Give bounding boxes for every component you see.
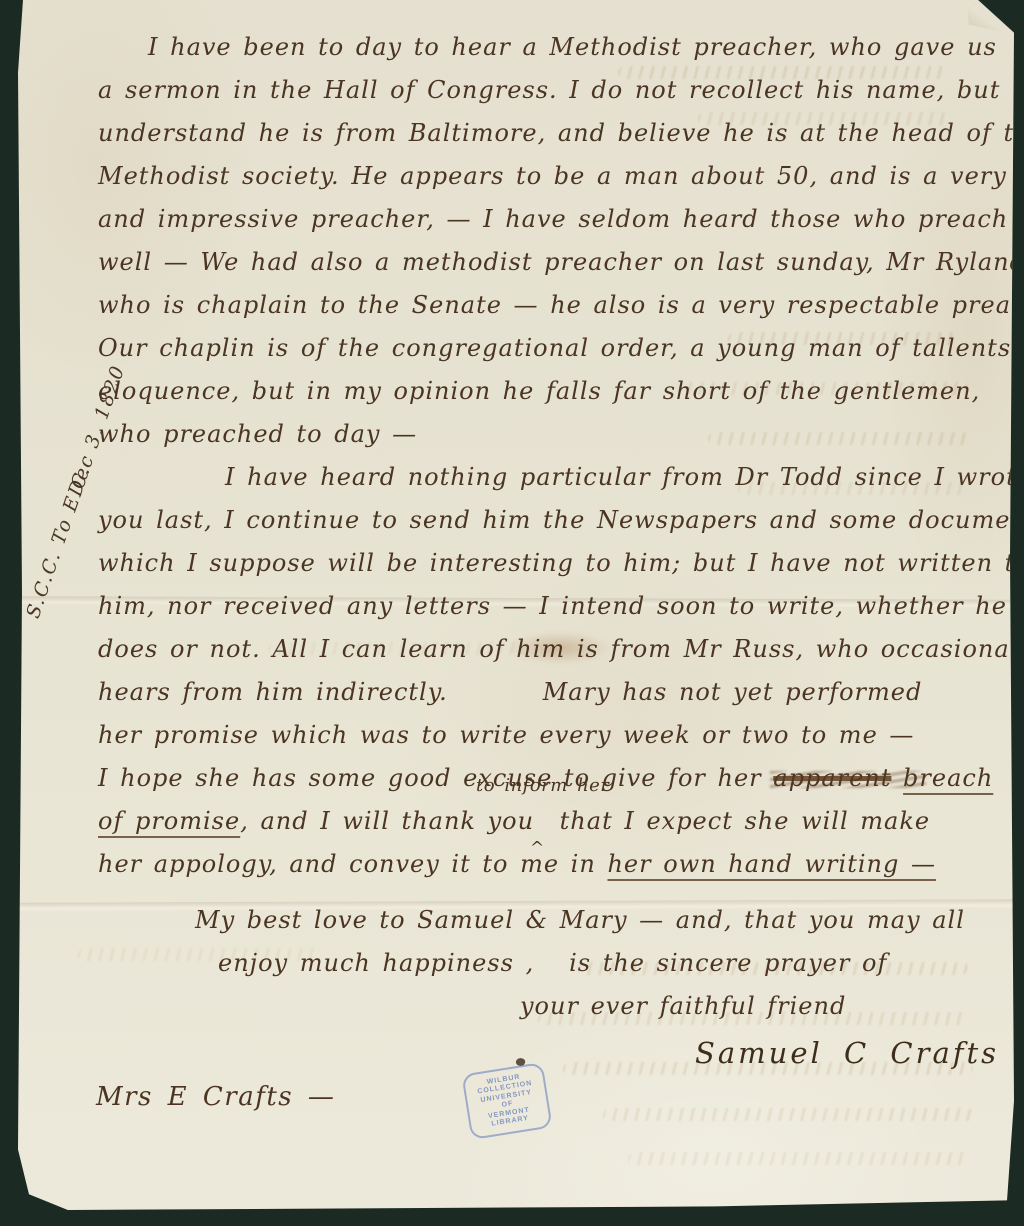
letter-line: does or not. All I can learn of him is f… <box>98 628 1014 671</box>
insertion-caret: ^ <box>530 827 545 870</box>
letter-line: you last, I continue to send him the New… <box>98 499 1014 542</box>
letter-segment: My best love to Samuel & Mary — and, tha… <box>195 906 965 934</box>
letter-line: understand he is from Baltimore, and bel… <box>98 112 1014 155</box>
letter-segment: eloquence, but in my opinion he falls fa… <box>98 377 980 405</box>
letter-line: who is chaplain to the Senate — he also … <box>98 284 1014 327</box>
letter-segment: a sermon in the Hall of Congress. I do n… <box>98 76 1000 104</box>
letter-segment: hears from him indirectly. <box>98 678 448 706</box>
letter-segment: who preached to day — <box>98 420 417 448</box>
ink-bleedthrough <box>602 1108 974 1121</box>
library-stamp: WILBUR COLLECTION UNIVERSITY OF VERMONT … <box>461 1062 552 1140</box>
signature-line: Samuel C Crafts <box>98 1032 1014 1075</box>
letter-segment: him, nor received any letters — I intend… <box>98 592 1007 620</box>
letter-line: hears from him indirectly.Mary has not y… <box>98 671 1014 714</box>
letter-segment: I have been to day to hear a Methodist p… <box>148 33 997 61</box>
letter-line: who preached to day — <box>98 413 1014 456</box>
letter-line: your ever faithful friend <box>98 985 1014 1028</box>
letter-segment: and impressive preacher, — I have seldom… <box>98 205 1024 233</box>
letter-segment: enjoy much happiness , is the sincere pr… <box>218 949 887 977</box>
letter-segment: her promise which was to write every wee… <box>98 721 914 749</box>
letter-line: and impressive preacher, — I have seldom… <box>98 198 1014 241</box>
letter-segment-strike: apparent <box>773 764 891 792</box>
letter-segment-insert: to inform her^ <box>534 819 548 829</box>
letter-segment: Methodist society. He appears to be a ma… <box>98 162 1024 190</box>
letter-line: of promise, and I will thank youto infor… <box>98 800 1014 843</box>
letter-line: her promise which was to write every wee… <box>98 714 1014 757</box>
letter-body: I have been to day to hear a Methodist p… <box>98 26 1014 1075</box>
addressee-note: Mrs E Crafts — <box>96 1082 335 1112</box>
letter-segment-underline: her own hand writing — <box>607 850 936 878</box>
letter-segment-underline: of promise <box>98 807 240 835</box>
letter-segment: you last, I continue to send him the New… <box>98 506 1024 534</box>
letter-line: which I suppose will be interesting to h… <box>98 542 1014 585</box>
letter-line: well — We had also a methodist preacher … <box>98 241 1014 284</box>
letter-line: her appology, and convey it to me in her… <box>98 843 1014 886</box>
letter-line: I have heard nothing particular from Dr … <box>98 456 1014 499</box>
letter-line: My best love to Samuel & Mary — and, tha… <box>98 899 1014 942</box>
scan-background: S.C.C. To E.C. Dec 3. 1820 I have been t… <box>0 0 1024 1226</box>
letter-segment: who is chaplain to the Senate — he also … <box>98 291 1024 319</box>
letter-segment: Samuel C Crafts <box>695 1036 999 1070</box>
ink-bleedthrough <box>627 1152 969 1165</box>
letter-segment: , and I will thank you <box>240 807 534 835</box>
letter-line: enjoy much happiness , is the sincere pr… <box>98 942 1014 985</box>
letter-segment-smudge: him is <box>516 635 599 663</box>
letter-segment: understand he is from Baltimore, and bel… <box>98 119 1024 147</box>
letter-segment: Our chaplin is of the congregational ord… <box>98 334 1024 362</box>
letter-segment: well — We had also a methodist preacher … <box>98 248 1024 276</box>
letter-line: a sermon in the Hall of Congress. I do n… <box>98 69 1014 112</box>
letter-segment: that I expect she will make <box>548 807 930 835</box>
letter-line: him, nor received any letters — I intend… <box>98 585 1014 628</box>
letter-line: Methodist society. He appears to be a ma… <box>98 155 1014 198</box>
letter-segment: does or not. All I can learn of <box>98 635 516 663</box>
letter-line: Our chaplin is of the congregational ord… <box>98 327 1014 370</box>
letter-segment: your ever faithful friend <box>520 992 846 1020</box>
letter-segment: which I suppose will be interesting to h… <box>98 549 1024 577</box>
letter-segment: I hope she has some good excuse to give … <box>98 764 773 792</box>
letter-segment-gap: Mary has not yet performed <box>543 678 923 706</box>
letter-segment: from Mr Russ, who occasionally <box>599 635 1024 663</box>
letter-segment: I have heard nothing particular from Dr … <box>225 463 1024 491</box>
letter-line: eloquence, but in my opinion he falls fa… <box>98 370 1014 413</box>
inserted-text: to inform her <box>476 764 609 807</box>
letter-page: S.C.C. To E.C. Dec 3. 1820 I have been t… <box>18 0 1014 1210</box>
letter-line: I have been to day to hear a Methodist p… <box>98 26 1014 69</box>
